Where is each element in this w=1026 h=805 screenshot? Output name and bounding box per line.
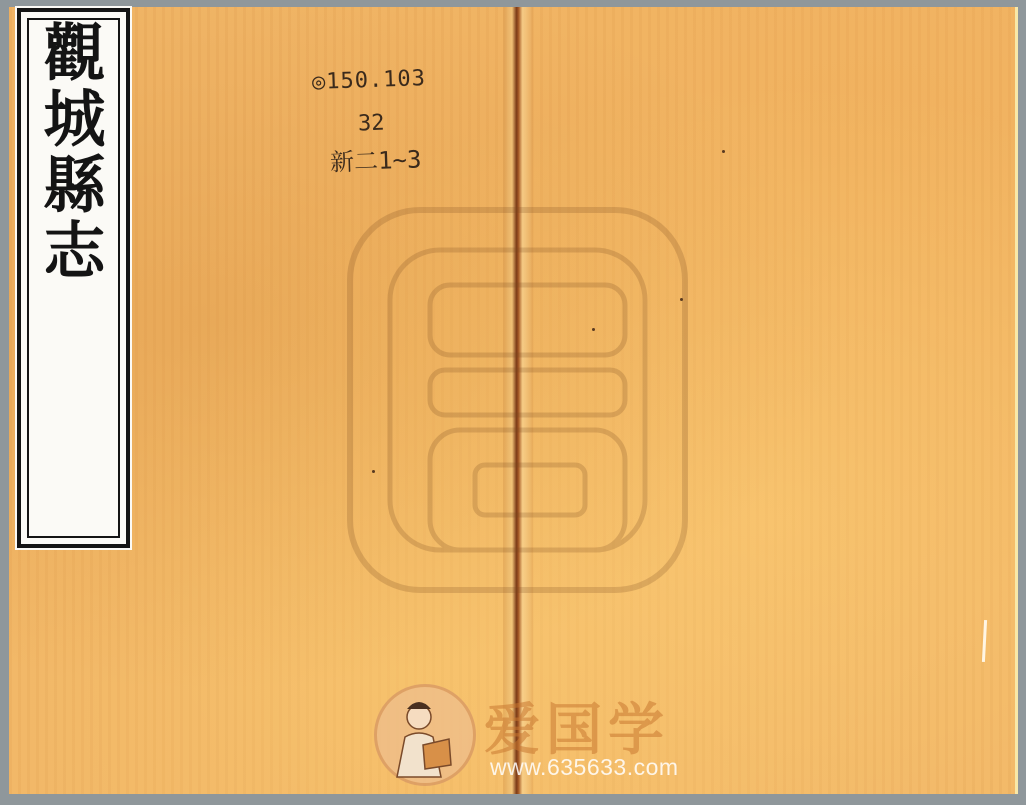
- scholar-reading-icon: [374, 684, 476, 786]
- site-url: www.635633.com: [490, 754, 679, 781]
- ink-speck: [592, 328, 595, 331]
- site-watermark: 爱国学 www.635633.com: [372, 682, 672, 787]
- ink-speck: [680, 298, 683, 301]
- ink-speck: [722, 150, 725, 153]
- call-number-note: ◎150.103: [312, 66, 427, 95]
- book-title: 觀城縣志: [29, 20, 109, 284]
- range-note: 新二1~3: [329, 139, 422, 177]
- ink-speck: [372, 470, 375, 473]
- volume-note: 32: [358, 111, 385, 137]
- paper-edge: [1015, 7, 1018, 794]
- title-label: 觀城縣志: [17, 8, 130, 548]
- seal-watermark-icon: [345, 205, 690, 595]
